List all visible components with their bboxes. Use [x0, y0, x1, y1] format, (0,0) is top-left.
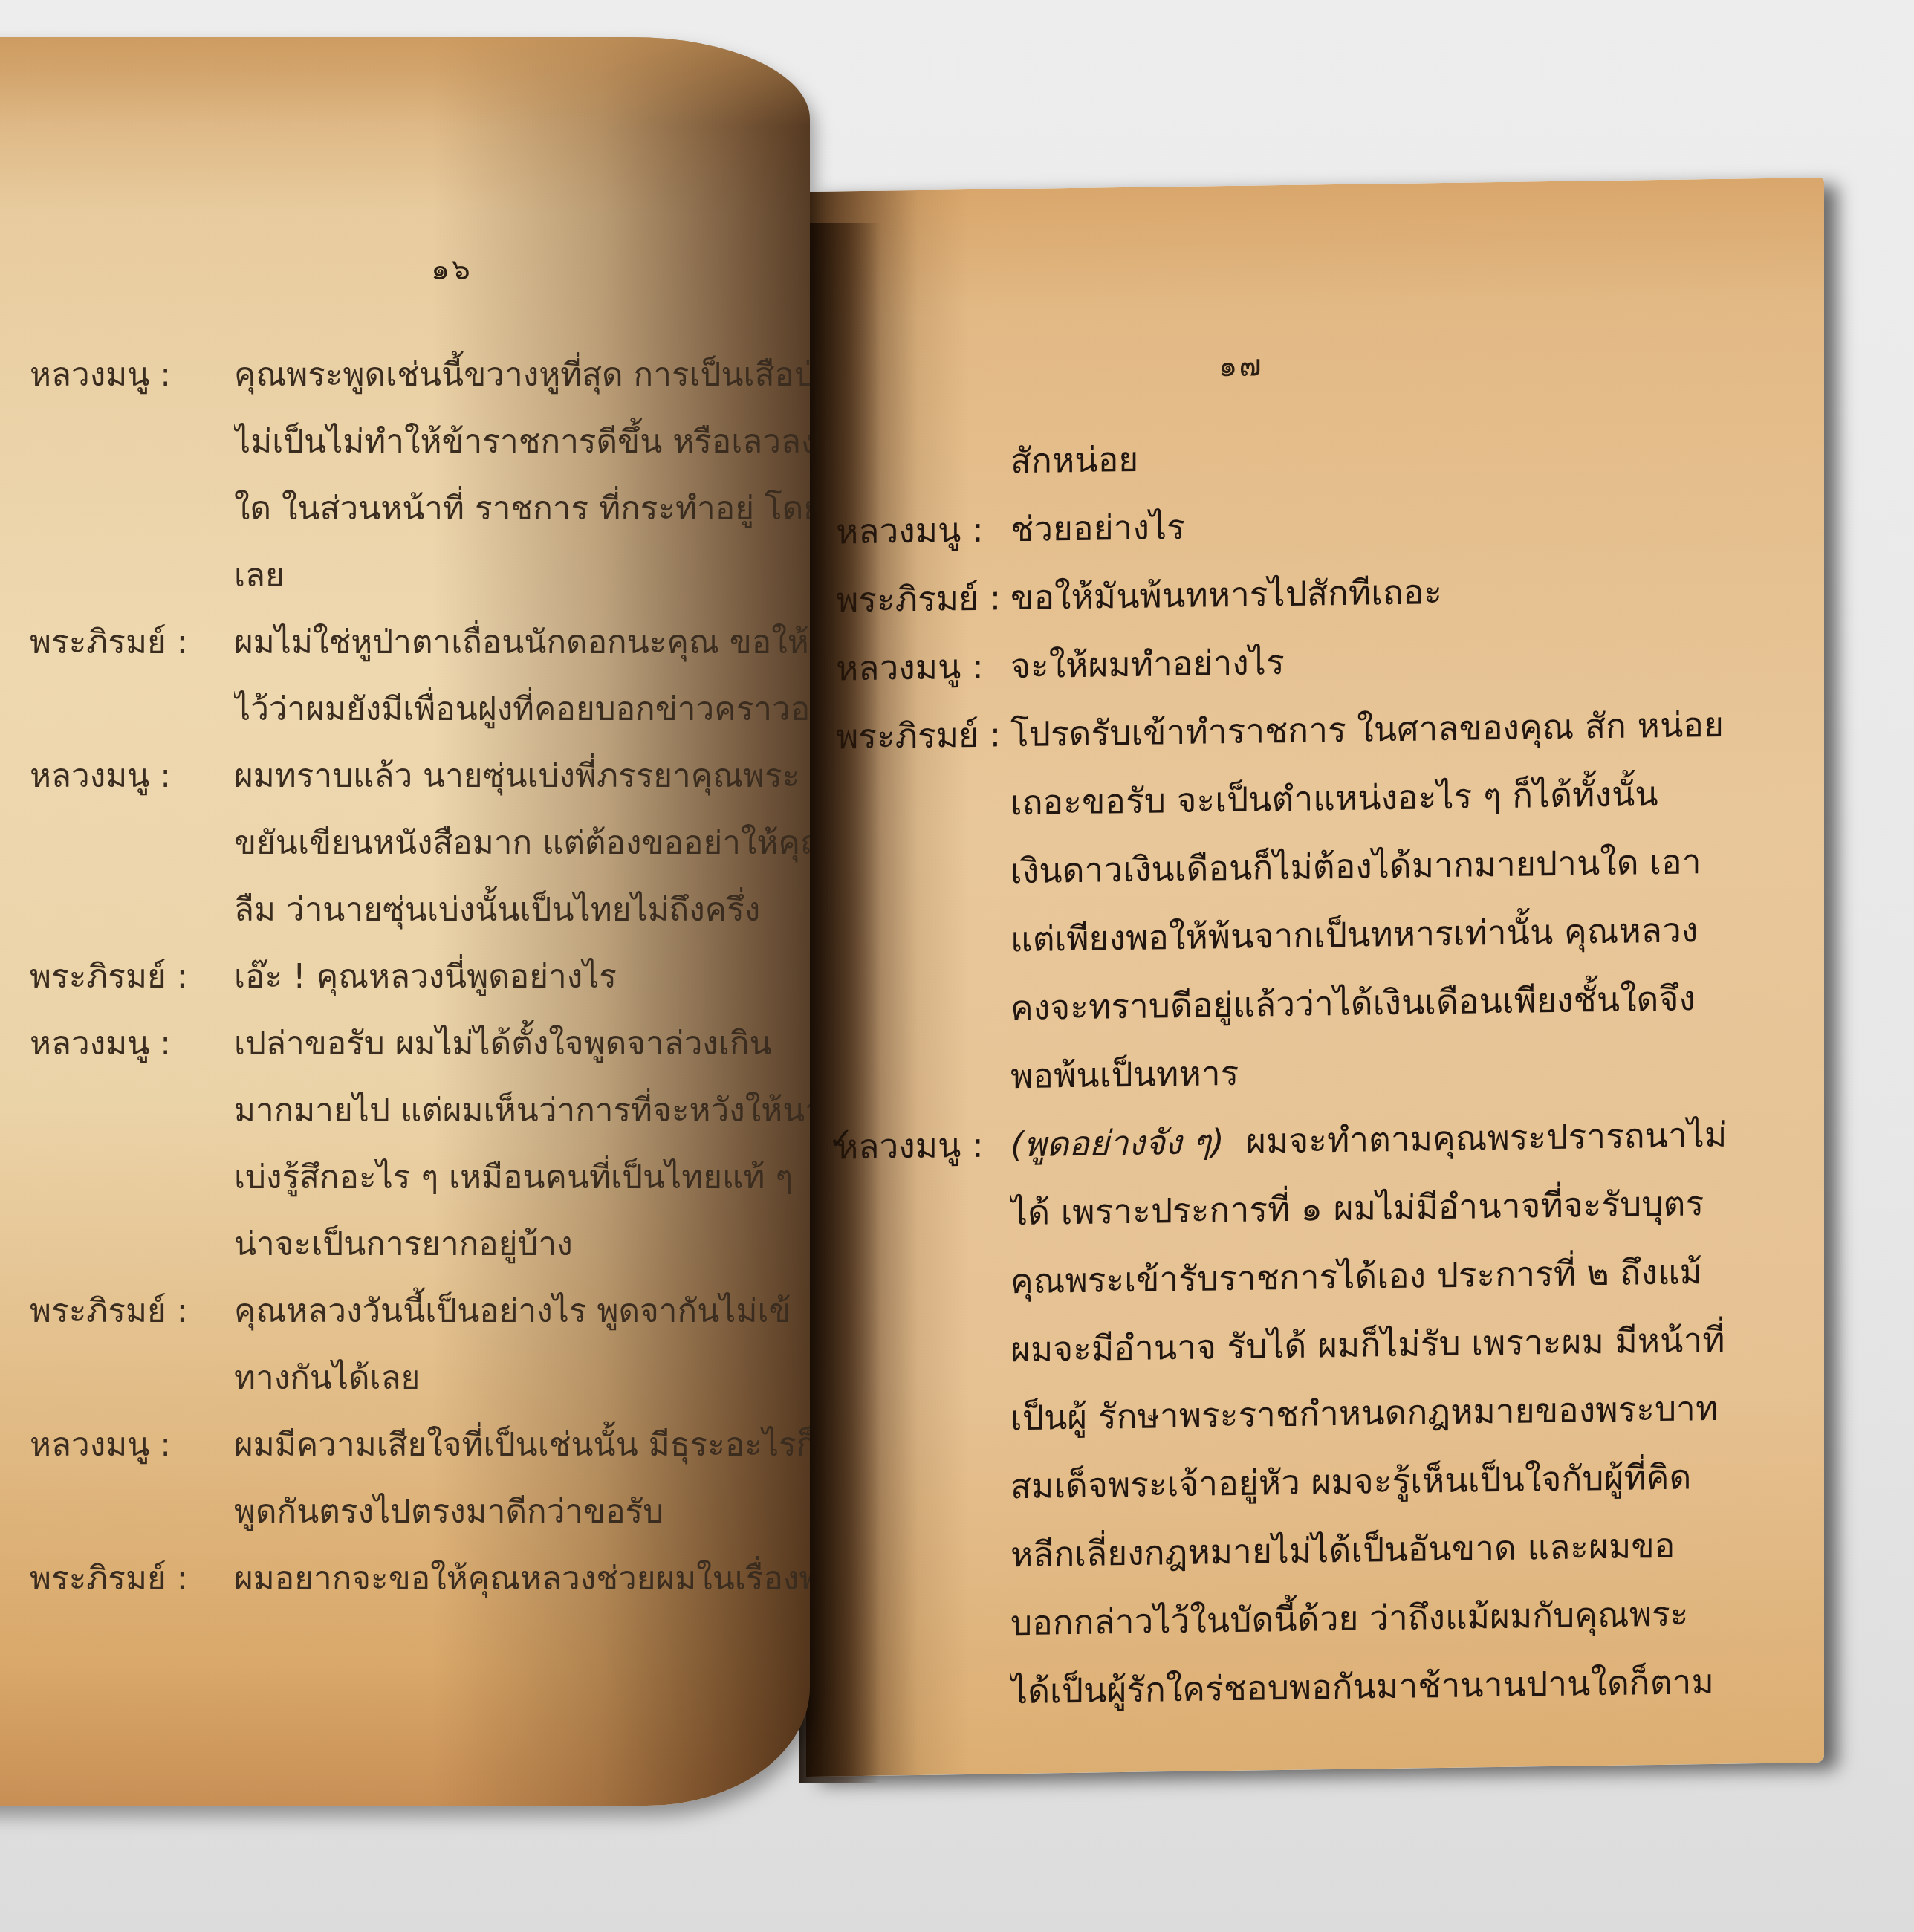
speech-line: ทางกันได้เลย	[234, 1345, 810, 1412]
speech-line: ขอให้มันพ้นทหารไปสักทีเถอะ	[1010, 552, 1809, 632]
stage-direction: (พูดอย่างจัง ๆ)	[1010, 1121, 1224, 1164]
speech-line: คุณหลวงวันนี้เป็นอย่างไร พูดจากันไม่เข้	[234, 1278, 810, 1345]
speech-line: ผมไม่ใช่หูป่าตาเถื่อนนักดอกนะคุณ ขอให้คุ	[234, 609, 810, 676]
speech-line: สักหน่อย	[1010, 415, 1809, 495]
speech-line: เถอะขอรับ จะเป็นตำแหน่งอะไร ๆ ก็ได้ทั้งน…	[1010, 757, 1809, 837]
dialogue-entry: พระภิรมย์ : โปรดรับเข้าทำราชการ ในศาลของ…	[836, 689, 1809, 1112]
left-page: ๑๖ หลวงมนู : คุณพระพูดเช่นนี้ขวางหูที่สุ…	[0, 37, 810, 1806]
right-page: ๑๗ สักหน่อย หลวงมนู : ช่วยอย่างไร พระภิร…	[806, 178, 1824, 1777]
speech-line: ขยันเขียนหนังสือมาก แต่ต้องขออย่าให้คุณ	[234, 810, 810, 877]
page-number-left: ๑๖	[431, 245, 472, 293]
speech-line: ใด ในส่วนหน้าที่ ราชการ ที่กระทำอยู่ โดย…	[234, 476, 810, 542]
pen-check-mark-icon: ✓	[828, 1122, 854, 1156]
speech-line: ผมอยากจะขอให้คุณหลวงช่วยผมในเรื่องพ	[234, 1546, 810, 1612]
speech-line: (พูดอย่างจัง ๆ) ผมจะทำตามคุณพระปรารถนาไม…	[1010, 1099, 1809, 1179]
speaker-label: หลวงมนู :	[30, 743, 234, 810]
speech-line: มากมายไป แต่ผมเห็นว่าการที่จะหวังให้นา	[234, 1077, 810, 1144]
speech-line: สมเด็จพระเจ้าอยู่หัว ผมจะรู้เห็นเป็นใจกั…	[1010, 1441, 1809, 1520]
speech-line: คุณพระพูดเช่นนี้ขวางหูที่สุด การเป็นเสือ…	[234, 342, 810, 409]
speech-line: ผมจะมีอำนาจ รับได้ ผมก็ไม่รับ เพราะผม มี…	[1010, 1304, 1809, 1384]
speech-line: เปล่าขอรับ ผมไม่ได้ตั้งใจพูดจาล่วงเกิน	[234, 1011, 810, 1077]
speech-line: ได้ เพราะประการที่ ๑ ผมไม่มีอำนาจที่จะรั…	[1010, 1167, 1809, 1247]
speech-line: จะให้ผมทำอย่างไร	[1010, 620, 1809, 700]
speech-text: ผมจะทำตามคุณพระปรารถนาไม่	[1246, 1115, 1727, 1161]
speech-line: คงจะทราบดีอยู่แล้วว่าได้เงินเดือนเพียงชั…	[1010, 962, 1809, 1042]
speech-line: ไว้ว่าผมยังมีเพื่อนฝูงที่คอยบอกข่าวคราวอ…	[234, 676, 810, 743]
dialogue-entry: หลวงมนู : (พูดอย่างจัง ๆ) ผมจะทำตามคุณพร…	[836, 1099, 1809, 1728]
page-number-right: ๑๗	[1219, 341, 1262, 389]
speech-line: เบ่งรู้สึกอะไร ๆ เหมือนคนที่เป็นไทยแท้ ๆ	[234, 1144, 810, 1211]
dialogue-entry: หลวงมนู : ผมมีความเสียใจที่เป็นเช่นนั้น …	[30, 1412, 810, 1546]
speech-line: เอ๊ะ ! คุณหลวงนี่พูดอย่างไร	[234, 944, 810, 1011]
dialogue-entry: หลวงมนู : เปล่าขอรับ ผมไม่ได้ตั้งใจพูดจา…	[30, 1011, 810, 1278]
speech-line: พอพ้นเป็นทหาร	[1010, 1031, 1809, 1110]
dialogue-entry: หลวงมนู : คุณพระพูดเช่นนี้ขวางหูที่สุด ก…	[30, 342, 810, 609]
speaker-label: หลวงมนู :	[30, 342, 234, 409]
speech-line: เงินดาวเงินเดือนก็ไม่ต้องได้มากมายปานใด …	[1010, 826, 1809, 905]
speech-line: น่าจะเป็นการยากอยู่บ้าง	[234, 1211, 810, 1278]
dialogue-entry: พระภิรมย์ : คุณหลวงวันนี้เป็นอย่างไร พูด…	[30, 1278, 810, 1412]
dialogue-left: หลวงมนู : คุณพระพูดเช่นนี้ขวางหูที่สุด ก…	[30, 342, 810, 1612]
speech-line: โปรดรับเข้าทำราชการ ในศาลของคุณ สัก หน่อ…	[1010, 689, 1809, 768]
speech-line: ไม่เป็นไม่ทำให้ข้าราชการดีขึ้น หรือเลวลง	[234, 409, 810, 476]
speech-line: แต่เพียงพอให้พ้นจากเป็นทหารเท่านั้น คุณห…	[1010, 894, 1809, 973]
speech-line: หลีกเลี่ยงกฎหมายไม่ได้เป็นอันขาด และผมขอ	[1010, 1509, 1809, 1589]
speech-line: บอกกล่าวไว้ในบัดนี้ด้วย ว่าถึงแม้ผมกับคุ…	[1010, 1578, 1809, 1657]
speaker-label: พระภิรมย์ :	[30, 1546, 234, 1612]
dialogue-entry: พระภิรมย์ : ผมอยากจะขอให้คุณหลวงช่วยผมใน…	[30, 1546, 810, 1612]
speech-line: คุณพระเข้ารับราชการได้เอง ประการที่ ๒ ถึ…	[1010, 1236, 1809, 1315]
speech-line: ผมมีความเสียใจที่เป็นเช่นนั้น มีธุระอะไร…	[234, 1412, 810, 1479]
open-book-photo: ๑๗ สักหน่อย หลวงมนู : ช่วยอย่างไร พระภิร…	[0, 0, 1914, 1932]
dialogue-entry: หลวงมนู : ผมทราบแล้ว นายซุ่นเบ่งพี่ภรรยา…	[30, 743, 810, 944]
speaker-label: พระภิรมย์ :	[30, 944, 234, 1011]
speaker-label: หลวงมนู :	[30, 1412, 234, 1479]
speech-line: พูดกันตรงไปตรงมาดีกว่าขอรับ	[234, 1479, 810, 1546]
speech-line: เป็นผู้ รักษาพระราชกำหนดกฎหมายของพระบาท	[1010, 1372, 1809, 1452]
gutter-shadow	[799, 223, 880, 1783]
dialogue-right: สักหน่อย หลวงมนู : ช่วยอย่างไร พระภิรมย์…	[836, 415, 1809, 1728]
speech-line: ช่วยอย่างไร	[1010, 484, 1809, 563]
speaker-label: พระภิรมย์ :	[30, 1278, 234, 1345]
dialogue-entry: พระภิรมย์ : ผมไม่ใช่หูป่าตาเถื่อนนักดอกน…	[30, 609, 810, 743]
speech-line: ลืม ว่านายซุ่นเบ่งนั้นเป็นไทยไม่ถึงครึ่ง	[234, 877, 810, 944]
speaker-label: พระภิรมย์ :	[30, 609, 234, 676]
speech-line: เลย	[234, 542, 810, 609]
speech-line: ได้เป็นผู้รักใคร่ชอบพอกันมาช้านานปานใดก็…	[1010, 1646, 1809, 1725]
speech-line: ผมทราบแล้ว นายซุ่นเบ่งพี่ภรรยาคุณพระ	[234, 743, 810, 810]
speaker-label: หลวงมนู :	[30, 1011, 234, 1077]
dialogue-entry: พระภิรมย์ : เอ๊ะ ! คุณหลวงนี่พูดอย่างไร	[30, 944, 810, 1011]
